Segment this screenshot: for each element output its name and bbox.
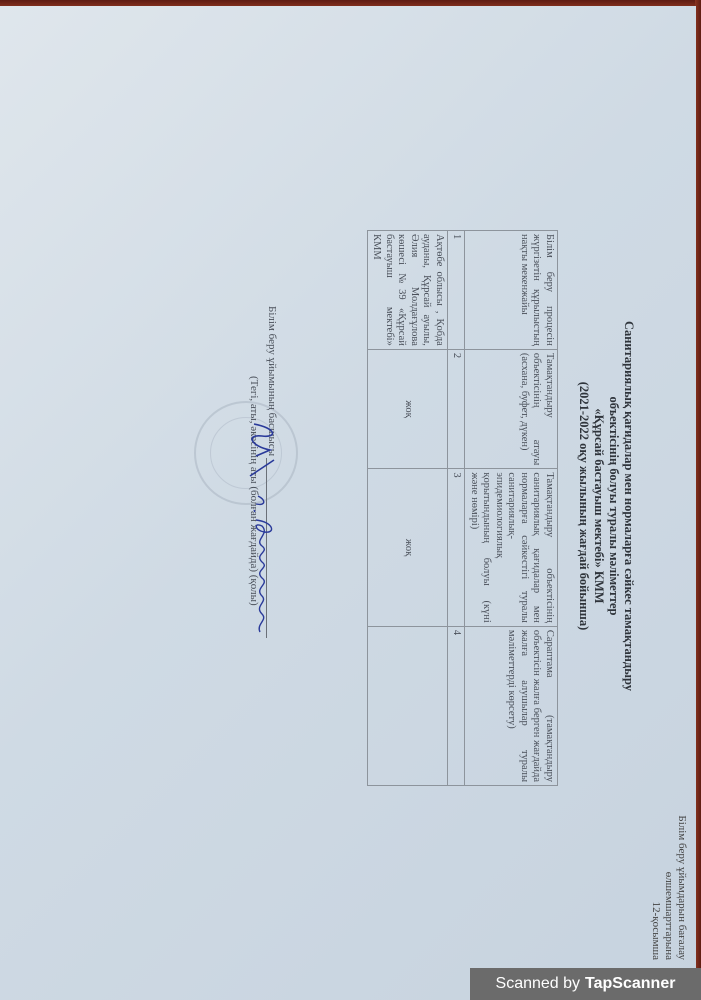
column-number-2: 2 [448,349,466,468]
title-line-3: «Құрсай бастауыш мектебі» КММ [591,286,606,726]
handwritten-signature-icon [244,416,284,656]
title-line-4: (2021-2022 оқу жылының жағдай бойынша) [576,286,591,726]
annex-note: Білім беру ұйымдарын бағалау өлшемшартта… [649,815,688,960]
cell-expertise [368,626,448,785]
header-address: Білім беру процесін жүргізетін құрылысты… [465,231,558,350]
cell-conclusion: жоқ [368,469,448,627]
title-line-2: объектісінің болуы туралы мәліметтер [606,286,621,726]
info-table: Білім беру процесін жүргізетін құрылысты… [367,230,558,786]
table-row: Ақтөбе облысы , Қобда ауданы, Құрсай ауы… [368,231,448,786]
cell-object-name: жоқ [368,349,448,468]
table-header-row: Білім беру процесін жүргізетін құрылысты… [465,231,558,786]
column-number-4: 4 [448,626,466,785]
column-number-3: 3 [448,469,466,627]
document-title: Санитариялық қағидалар мен нормаларға сә… [576,286,636,726]
cell-address: Ақтөбе облысы , Қобда ауданы, Құрсай ауы… [368,231,448,350]
table-number-row: 1 2 3 4 [448,231,466,786]
rotated-page: Білім беру ұйымдарын бағалау өлшемшартта… [0,6,696,1000]
header-conclusion: Тамақтандыру объектісінің санитариялық қ… [465,469,558,627]
header-expertise: Сараптама (тамақтандыру объектісін жалға… [465,626,558,785]
scanned-paper: Білім беру ұйымдарын бағалау өлшемшартта… [0,6,696,1000]
column-number-1: 1 [448,231,466,350]
watermark-brand: TapScanner [585,975,675,993]
title-line-1: Санитариялық қағидалар мен нормаларға сә… [621,286,636,726]
annex-line-1: Білім беру ұйымдарын бағалау [675,815,688,960]
annex-line-2: өлшемшарттарына [662,815,675,960]
watermark-prefix: Scanned by [496,975,581,993]
annex-line-3: 12-қосымша [649,815,662,960]
header-object-name: Тамақтандыру объектісінің атауы (асхана,… [465,349,558,468]
scanner-watermark: Scanned by TapScanner [470,968,701,1000]
